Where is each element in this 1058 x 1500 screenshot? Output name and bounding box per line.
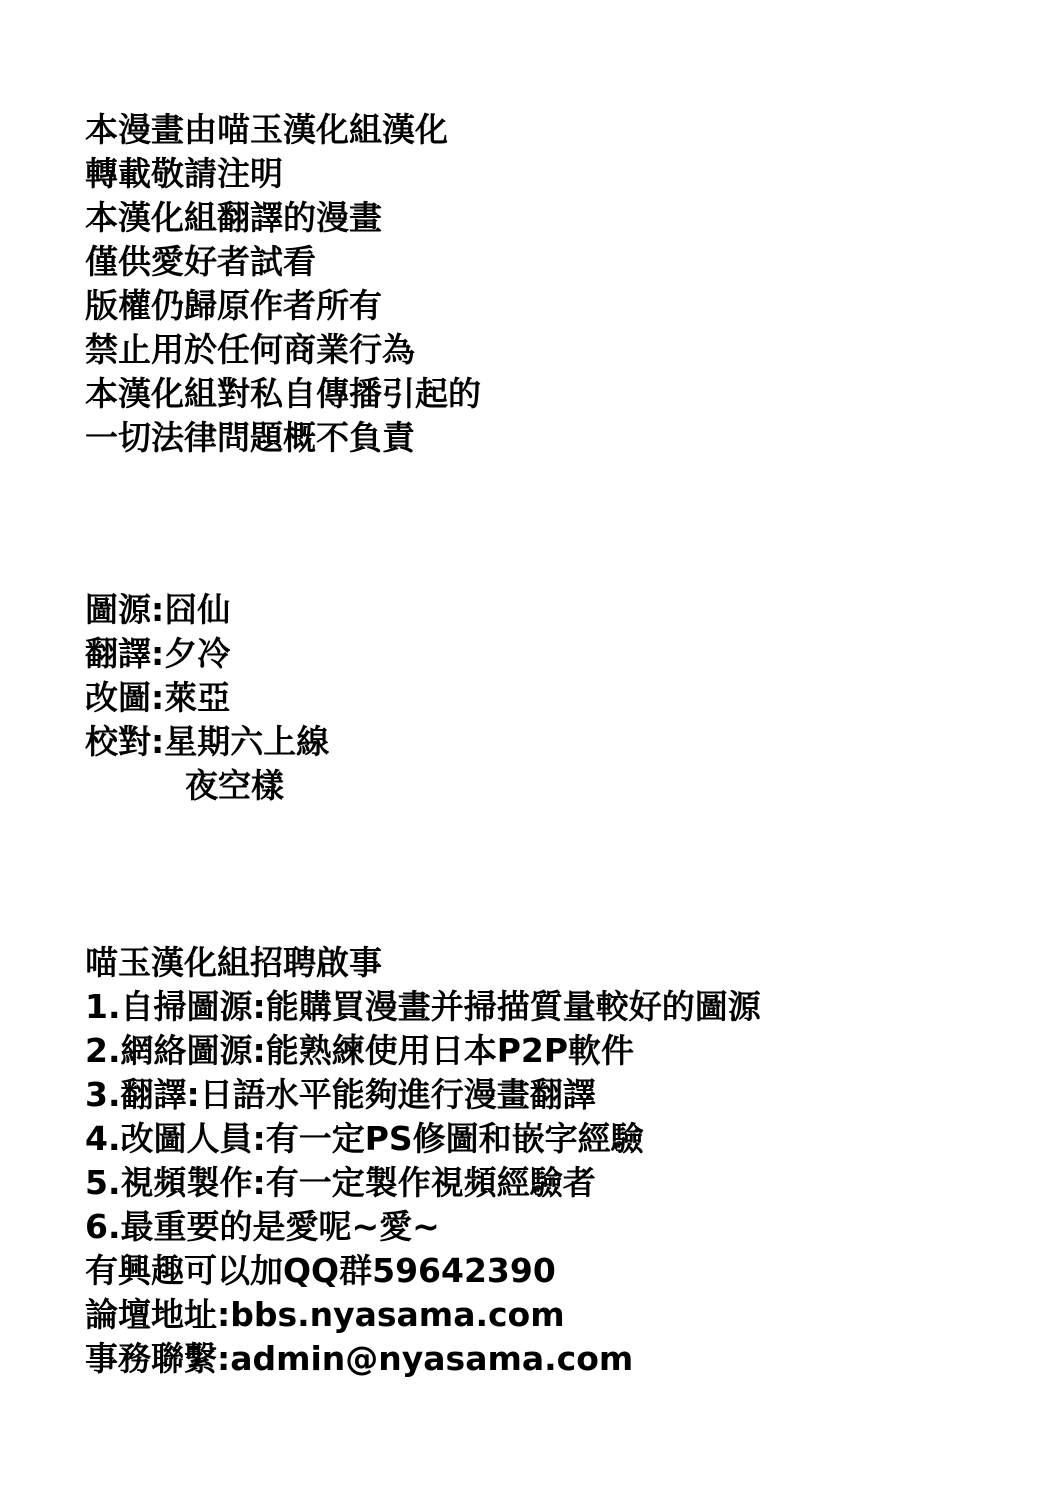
disclaimer-line: 本漢化組翻譯的漫畫 — [85, 196, 481, 240]
disclaimer-line: 禁止用於任何商業行為 — [85, 328, 481, 372]
credits-block: 圖源:囧仙 翻譯:夕冷 改圖:萊亞 校對:星期六上線 夜空樣 — [85, 588, 329, 808]
recruitment-line-contact-email: 事務聯繫:admin@nyasama.com — [85, 1337, 761, 1381]
scanlation-credits-page: 本漫畫由喵玉漢化組漢化 轉載敬請注明 本漢化組翻譯的漫畫 僅供愛好者試看 版權仍… — [0, 0, 1058, 1500]
disclaimer-line: 本漫畫由喵玉漢化組漢化 — [85, 108, 481, 152]
recruitment-title: 喵玉漢化組招聘啟事 — [85, 941, 761, 985]
disclaimer-line: 本漢化組對私自傳播引起的 — [85, 372, 481, 416]
disclaimer-line: 轉載敬請注明 — [85, 152, 481, 196]
credit-line-editor: 改圖:萊亞 — [85, 676, 329, 720]
disclaimer-line: 一切法律問題概不負責 — [85, 416, 481, 460]
recruitment-line: 5.視頻製作:有一定製作視頻經驗者 — [85, 1161, 761, 1205]
credit-line-translator: 翻譯:夕冷 — [85, 632, 329, 676]
disclaimer-block: 本漫畫由喵玉漢化組漢化 轉載敬請注明 本漢化組翻譯的漫畫 僅供愛好者試看 版權仍… — [85, 108, 481, 460]
disclaimer-line: 版權仍歸原作者所有 — [85, 284, 481, 328]
recruitment-line: 3.翻譯:日語水平能夠進行漫畫翻譯 — [85, 1073, 761, 1117]
credit-line-proofreader: 校對:星期六上線 — [85, 720, 329, 764]
recruitment-line: 2.網絡圖源:能熟練使用日本P2P軟件 — [85, 1029, 761, 1073]
credit-line-scan-source: 圖源:囧仙 — [85, 588, 329, 632]
disclaimer-line: 僅供愛好者試看 — [85, 240, 481, 284]
recruitment-line: 6.最重要的是愛呢~愛~ — [85, 1205, 761, 1249]
credit-line-proofreader-2: 夜空樣 — [85, 764, 329, 808]
recruitment-line: 4.改圖人員:有一定PS修圖和嵌字經驗 — [85, 1117, 761, 1161]
recruitment-block: 喵玉漢化組招聘啟事 1.自掃圖源:能購買漫畫并掃描質量較好的圖源 2.網絡圖源:… — [85, 941, 761, 1381]
recruitment-line-forum-url: 論壇地址:bbs.nyasama.com — [85, 1293, 761, 1337]
recruitment-line: 1.自掃圖源:能購買漫畫并掃描質量較好的圖源 — [85, 985, 761, 1029]
recruitment-line-qq-group: 有興趣可以加QQ群59642390 — [85, 1249, 761, 1293]
